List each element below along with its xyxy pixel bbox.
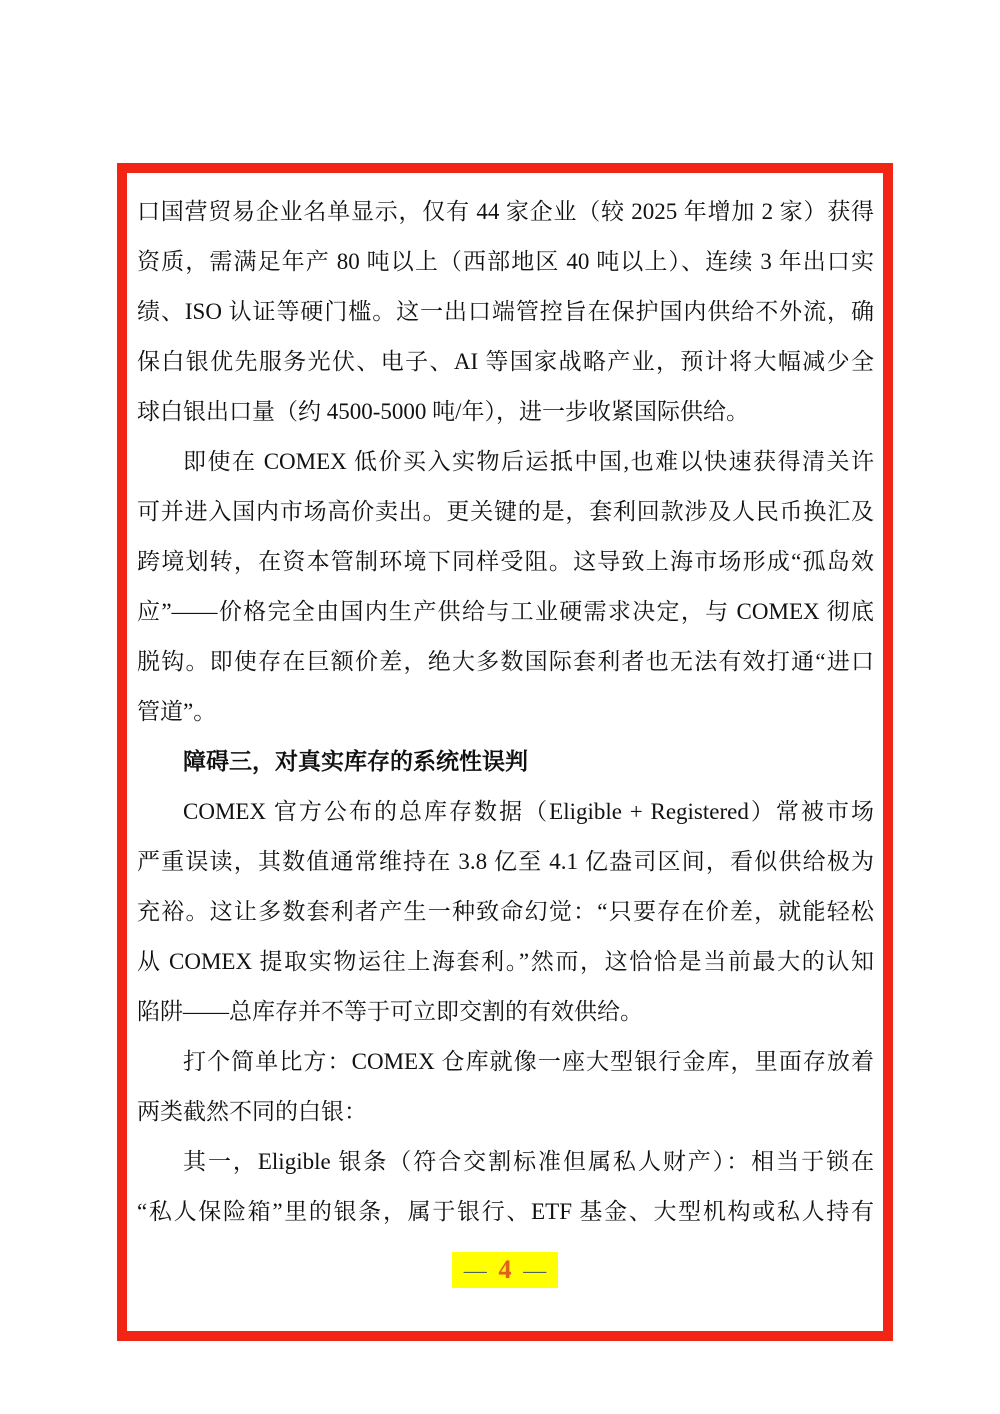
- text-line: 打个简单比方：COMEX 仓库就像一座大型银行金库，里面存放着: [137, 1037, 874, 1087]
- text-line: 应”——价格完全由国内生产供给与工业硬需求决定，与 COMEX 彻底: [137, 587, 874, 637]
- page-number: 4: [499, 1255, 512, 1284]
- footer-dash-right: —: [523, 1258, 546, 1283]
- footer-dash-left: —: [464, 1258, 487, 1283]
- text-line: “私人保险箱”里的银条，属于银行、ETF 基金、大型机构或私人持有: [137, 1187, 874, 1237]
- text-line: 管道”。: [137, 687, 874, 737]
- text-line: 从 COMEX 提取实物运往上海套利。”然而，这恰恰是当前最大的认知: [137, 937, 874, 987]
- text-line: 严重误读，其数值通常维持在 3.8 亿至 4.1 亿盎司区间，看似供给极为: [137, 837, 874, 887]
- page-footer: — 4 —: [117, 1252, 893, 1288]
- text-line: 资质，需满足年产 80 吨以上（西部地区 40 吨以上）、连续 3 年出口实: [137, 237, 874, 287]
- document-body: 口国营贸易企业名单显示，仅有 44 家企业（较 2025 年增加 2 家）获得 …: [127, 175, 883, 1237]
- text-line: 绩、ISO 认证等硬门槛。这一出口端管控旨在保护国内供给不外流，确: [137, 287, 874, 337]
- text-line: 其一，Eligible 银条（符合交割标准但属私人财产）：相当于锁在: [137, 1137, 874, 1187]
- text-line: 保白银优先服务光伏、电子、AI 等国家战略产业，预计将大幅减少全: [137, 337, 874, 387]
- document-page: 口国营贸易企业名单显示，仅有 44 家企业（较 2025 年增加 2 家）获得 …: [0, 0, 1000, 1414]
- text-line: 充裕。这让多数套利者产生一种致命幻觉：“只要存在价差，就能轻松: [137, 887, 874, 937]
- page-number-highlight: — 4 —: [452, 1252, 559, 1288]
- text-line: 脱钩。即使存在巨额价差，绝大多数国际套利者也无法有效打通“进口: [137, 637, 874, 687]
- text-line: 陷阱——总库存并不等于可立即交割的有效供给。: [137, 987, 874, 1037]
- section-heading: 障碍三，对真实库存的系统性误判: [137, 737, 874, 787]
- text-line: 两类截然不同的白银：: [137, 1087, 874, 1137]
- text-line: COMEX 官方公布的总库存数据（Eligible + Registered）常…: [137, 787, 874, 837]
- text-line: 球白银出口量（约 4500-5000 吨/年），进一步收紧国际供给。: [137, 387, 874, 437]
- text-line: 跨境划转，在资本管制环境下同样受阻。这导致上海市场形成“孤岛效: [137, 537, 874, 587]
- text-line: 即使在 COMEX 低价买入实物后运抵中国,也难以快速获得清关许: [137, 437, 874, 487]
- text-line: 口国营贸易企业名单显示，仅有 44 家企业（较 2025 年增加 2 家）获得: [137, 187, 874, 237]
- text-line: 可并进入国内市场高价卖出。更关键的是，套利回款涉及人民币换汇及: [137, 487, 874, 537]
